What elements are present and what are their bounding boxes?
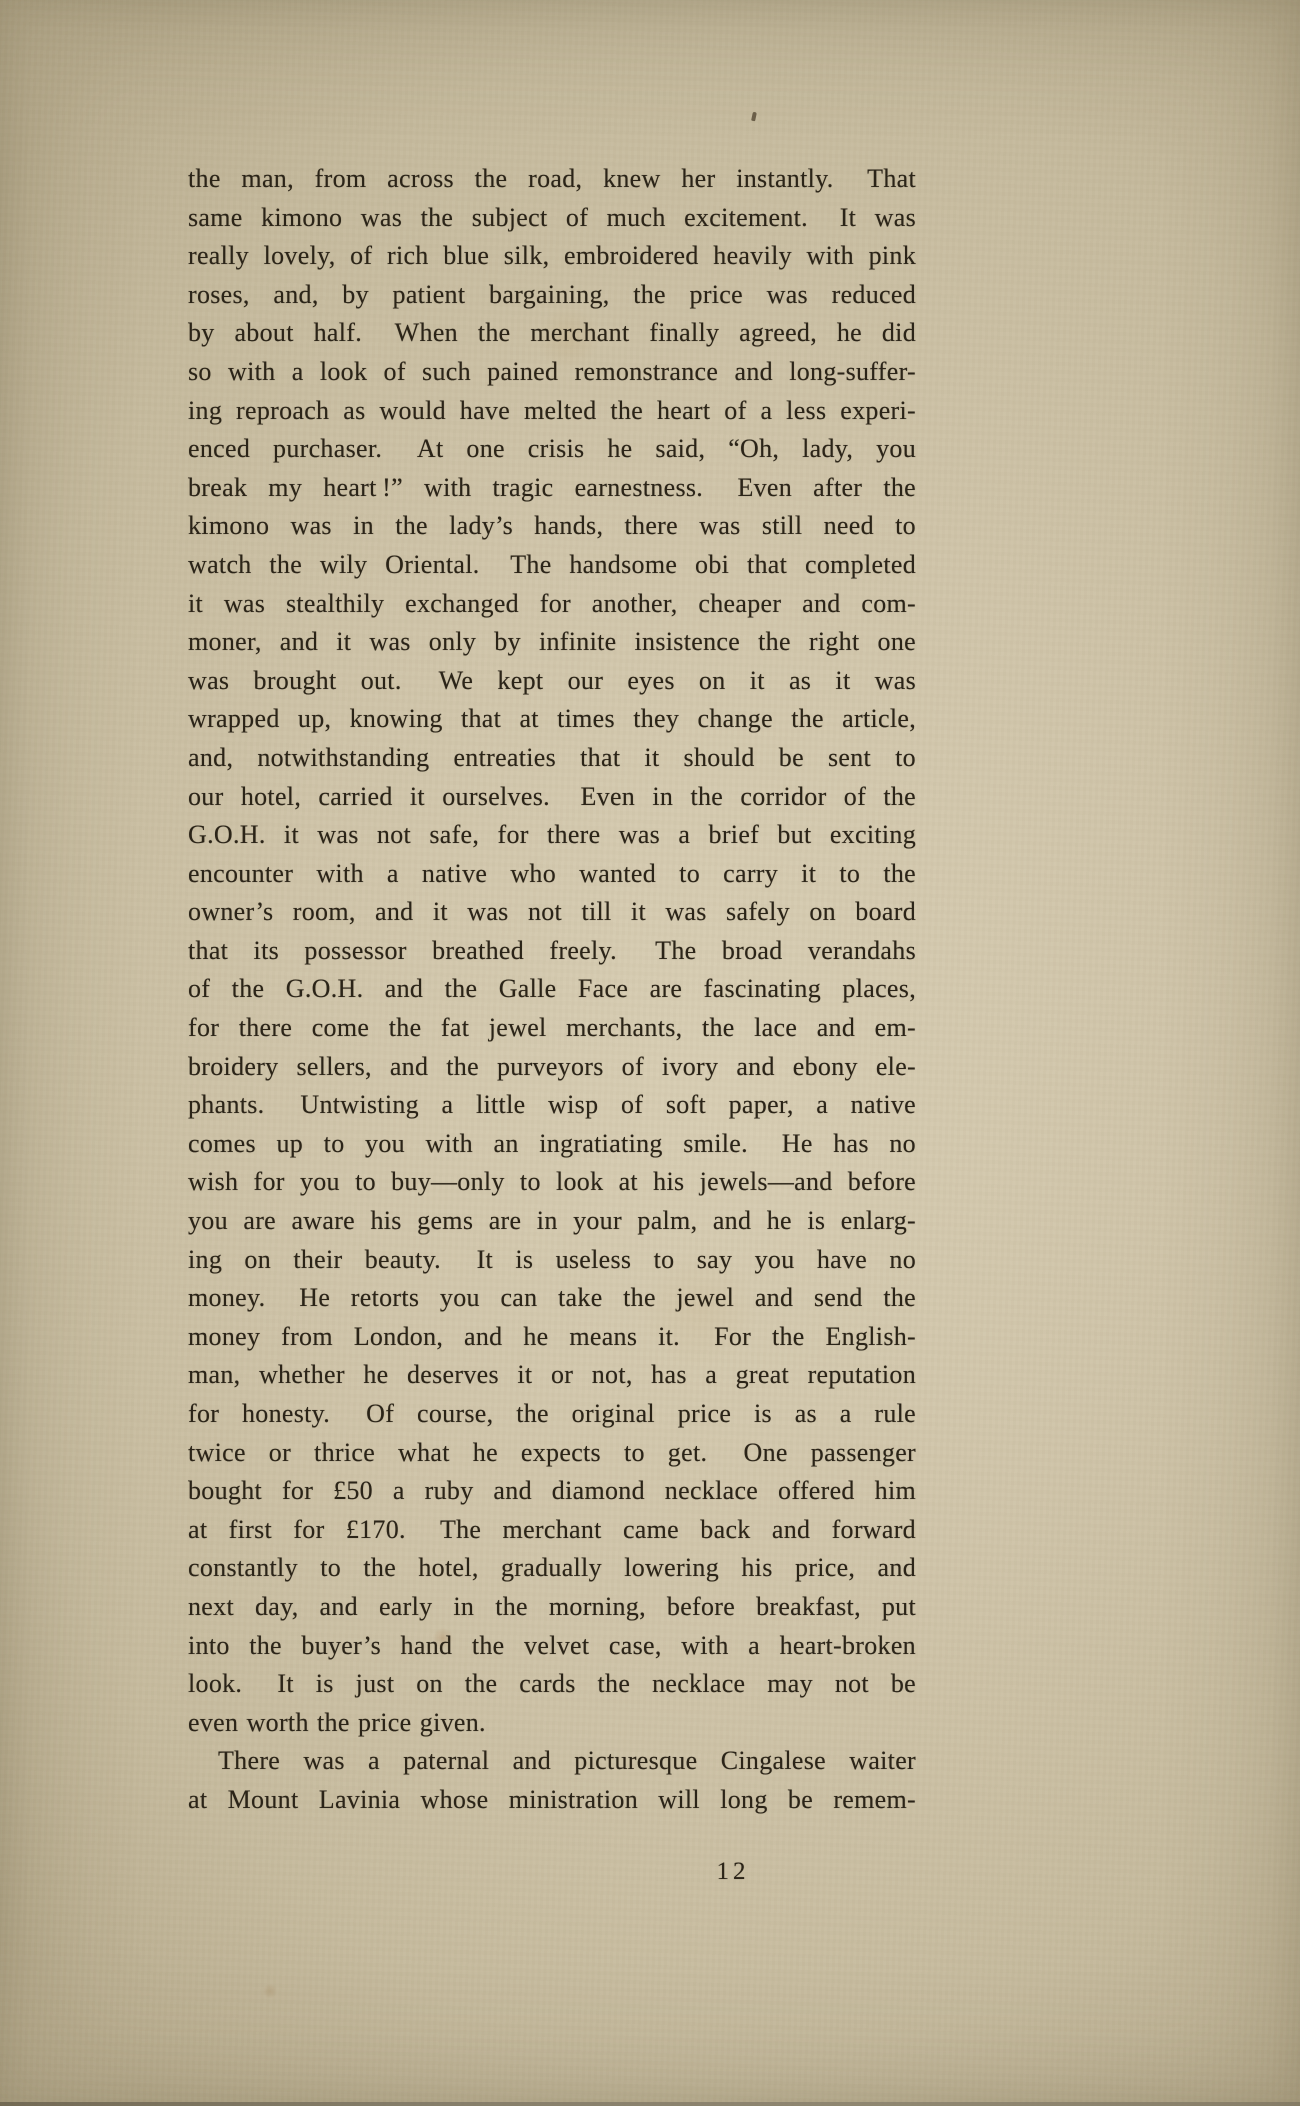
text-line: encounter with a native who wanted to ca… [188, 855, 916, 894]
text-line: by about half. When the merchant finally… [188, 314, 916, 353]
text-line: phants. Untwisting a little wisp of soft… [188, 1086, 916, 1125]
text-line: it was stealthily exchanged for another,… [188, 585, 916, 624]
text-line: of the G.O.H. and the Galle Face are fas… [188, 970, 916, 1009]
text-line: for honesty. Of course, the original pri… [188, 1395, 916, 1434]
text-line: and, notwithstanding entreaties that it … [188, 739, 916, 778]
text-line: at Mount Lavinia whose ministration will… [188, 1781, 916, 1820]
text-line: wish for you to buy—only to look at his … [188, 1163, 916, 1202]
text-line: roses, and, by patient bargaining, the p… [188, 276, 916, 315]
text-line: so with a look of such pained remonstran… [188, 353, 916, 392]
ink-speck [751, 112, 757, 122]
text-line: owner’s room, and it was not till it was… [188, 893, 916, 932]
text-line: kimono was in the lady’s hands, there wa… [188, 507, 916, 546]
text-line: watch the wily Oriental. The handsome ob… [188, 546, 916, 585]
page-bottom-edge [0, 2102, 1300, 2106]
text-line: that its possessor breathed freely. The … [188, 932, 916, 971]
text-line: you are aware his gems are in your palm,… [188, 1202, 916, 1241]
text-line: bought for £50 a ruby and diamond neckla… [188, 1472, 916, 1511]
text-line: constantly to the hotel, gradually lower… [188, 1549, 916, 1588]
page-text: the man, from across the road, knew her … [188, 160, 916, 1820]
text-line: comes up to you with an ingratiating smi… [188, 1125, 916, 1164]
text-line: wrapped up, knowing that at times they c… [188, 700, 916, 739]
text-line: money. He retorts you can take the jewel… [188, 1279, 916, 1318]
text-line: for there come the fat jewel merchants, … [188, 1009, 916, 1048]
text-line: break my heart !” with tragic earnestnes… [188, 469, 916, 508]
text-line: broidery sellers, and the purveyors of i… [188, 1048, 916, 1087]
text-line: money from London, and he means it. For … [188, 1318, 916, 1357]
text-line: our hotel, carried it ourselves. Even in… [188, 778, 916, 817]
text-line: the man, from across the road, knew her … [188, 160, 916, 199]
text-line: ing reproach as would have melted the he… [188, 392, 916, 431]
text-line: same kimono was the subject of much exci… [188, 199, 916, 238]
text-line: look. It is just on the cards the neckla… [188, 1665, 916, 1704]
text-line: even worth the price given. [188, 1704, 916, 1743]
text-line: twice or thrice what he expects to get. … [188, 1434, 916, 1473]
text-line: moner, and it was only by infinite insis… [188, 623, 916, 662]
book-page: the man, from across the road, knew her … [0, 0, 1300, 2106]
text-line: There was a paternal and picturesque Cin… [188, 1742, 916, 1781]
text-line: at first for £170. The merchant came bac… [188, 1511, 916, 1550]
text-line: enced purchaser. At one crisis he said, … [188, 430, 916, 469]
text-line: next day, and early in the morning, befo… [188, 1588, 916, 1627]
text-line: into the buyer’s hand the velvet case, w… [188, 1627, 916, 1666]
text-line: G.O.H. it was not safe, for there was a … [188, 816, 916, 855]
page-number: 12 [688, 1858, 778, 1886]
text-line: was brought out. We kept our eyes on it … [188, 662, 916, 701]
text-line: ing on their beauty. It is useless to sa… [188, 1241, 916, 1280]
text-line: man, whether he deserves it or not, has … [188, 1356, 916, 1395]
text-line: really lovely, of rich blue silk, embroi… [188, 237, 916, 276]
paper-stain [262, 1984, 278, 1998]
